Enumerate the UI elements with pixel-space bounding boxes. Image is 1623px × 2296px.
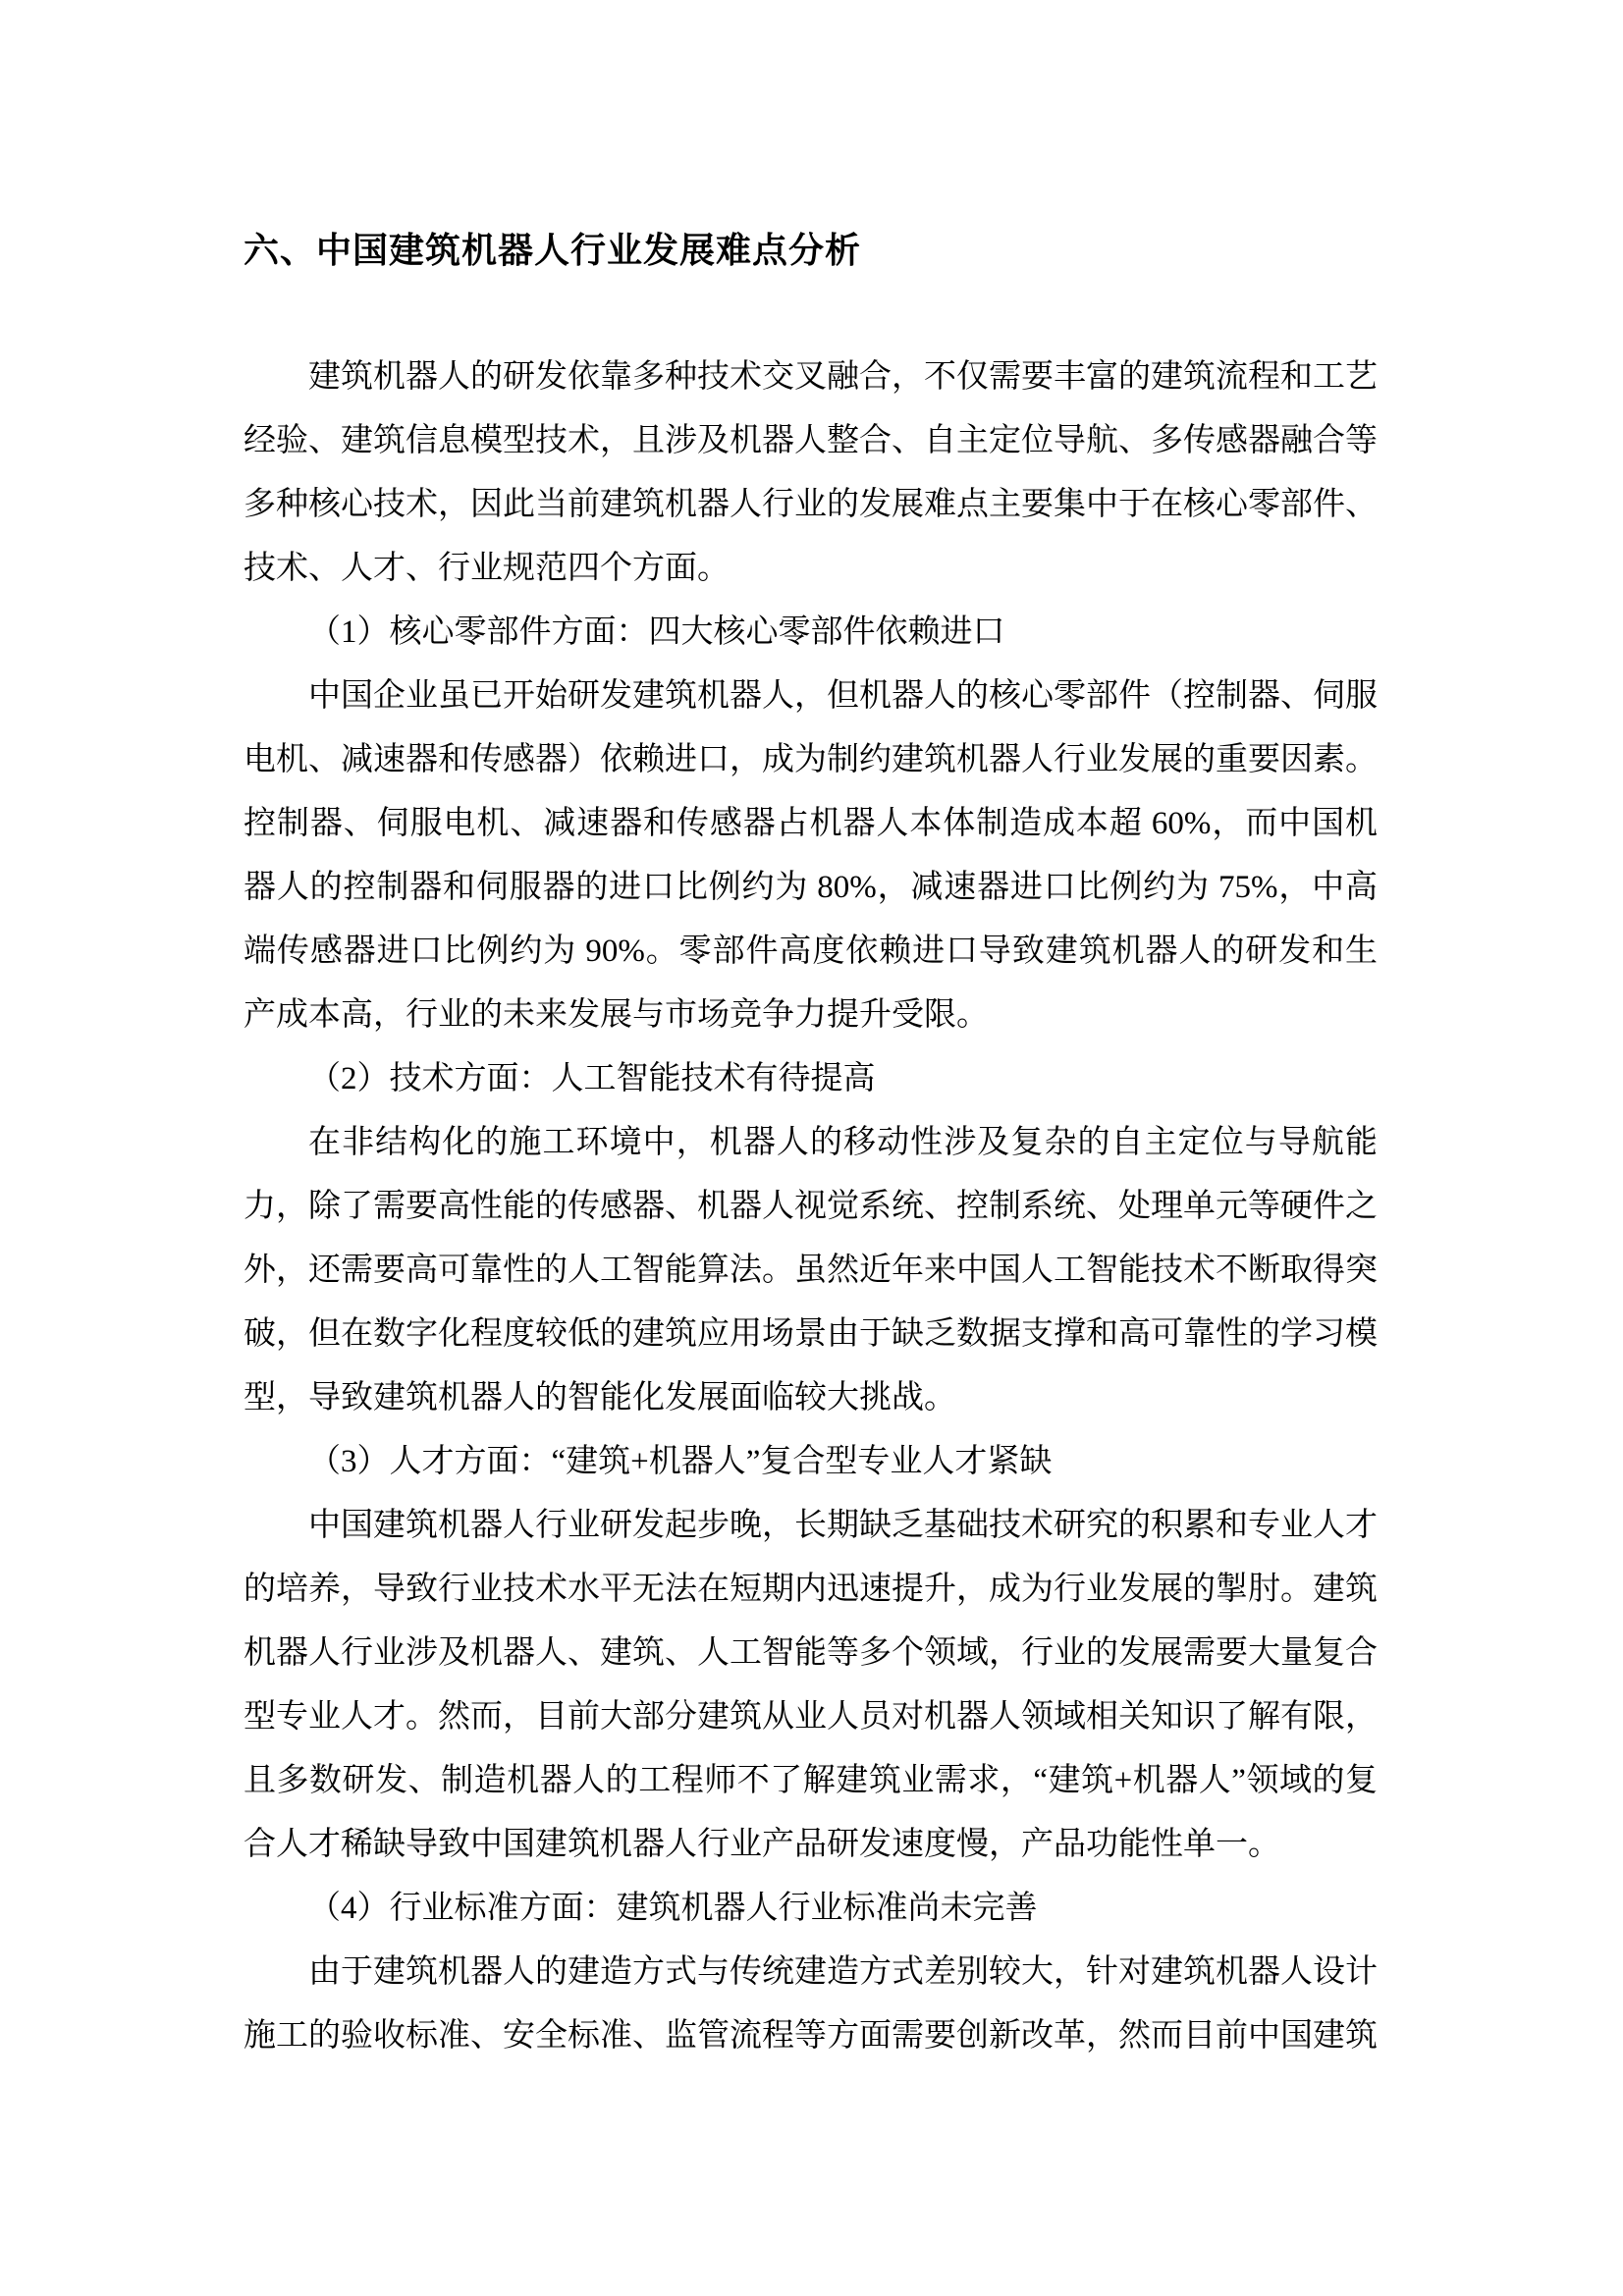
paragraph-industry-standards: 由于建筑机器人的建造方式与传统建造方式差别较大，针对建筑机器人设计施工的验收标准…: [243, 1941, 1378, 2068]
document-page: 六、中国建筑机器人行业发展难点分析 建筑机器人的研发依靠多种技术交叉融合，不仅需…: [0, 0, 1623, 2296]
paragraph-intro: 建筑机器人的研发依靠多种技术交叉融合，不仅需要丰富的建筑流程和工艺经验、建筑信息…: [243, 346, 1378, 601]
subheading-industry-standards: （4）行业标准方面：建筑机器人行业标准尚未完善: [243, 1877, 1378, 1941]
section-heading: 六、中国建筑机器人行业发展难点分析: [243, 218, 1378, 282]
document-content: 六、中国建筑机器人行业发展难点分析 建筑机器人的研发依靠多种技术交叉融合，不仅需…: [243, 218, 1378, 2068]
paragraph-technology: 在非结构化的施工环境中，机器人的移动性涉及复杂的自主定位与导航能力，除了需要高性…: [243, 1111, 1378, 1430]
paragraph-core-components: 中国企业虽已开始研发建筑机器人，但机器人的核心零部件（控制器、伺服电机、减速器和…: [243, 665, 1378, 1047]
subheading-technology: （2）技术方面：人工智能技术有待提高: [243, 1047, 1378, 1111]
subheading-core-components: （1）核心零部件方面：四大核心零部件依赖进口: [243, 601, 1378, 665]
paragraph-talent: 中国建筑机器人行业研发起步晚，长期缺乏基础技术研究的积累和专业人才的培养，导致行…: [243, 1494, 1378, 1877]
subheading-talent: （3）人才方面：“建筑+机器人”复合型专业人才紧缺: [243, 1430, 1378, 1494]
